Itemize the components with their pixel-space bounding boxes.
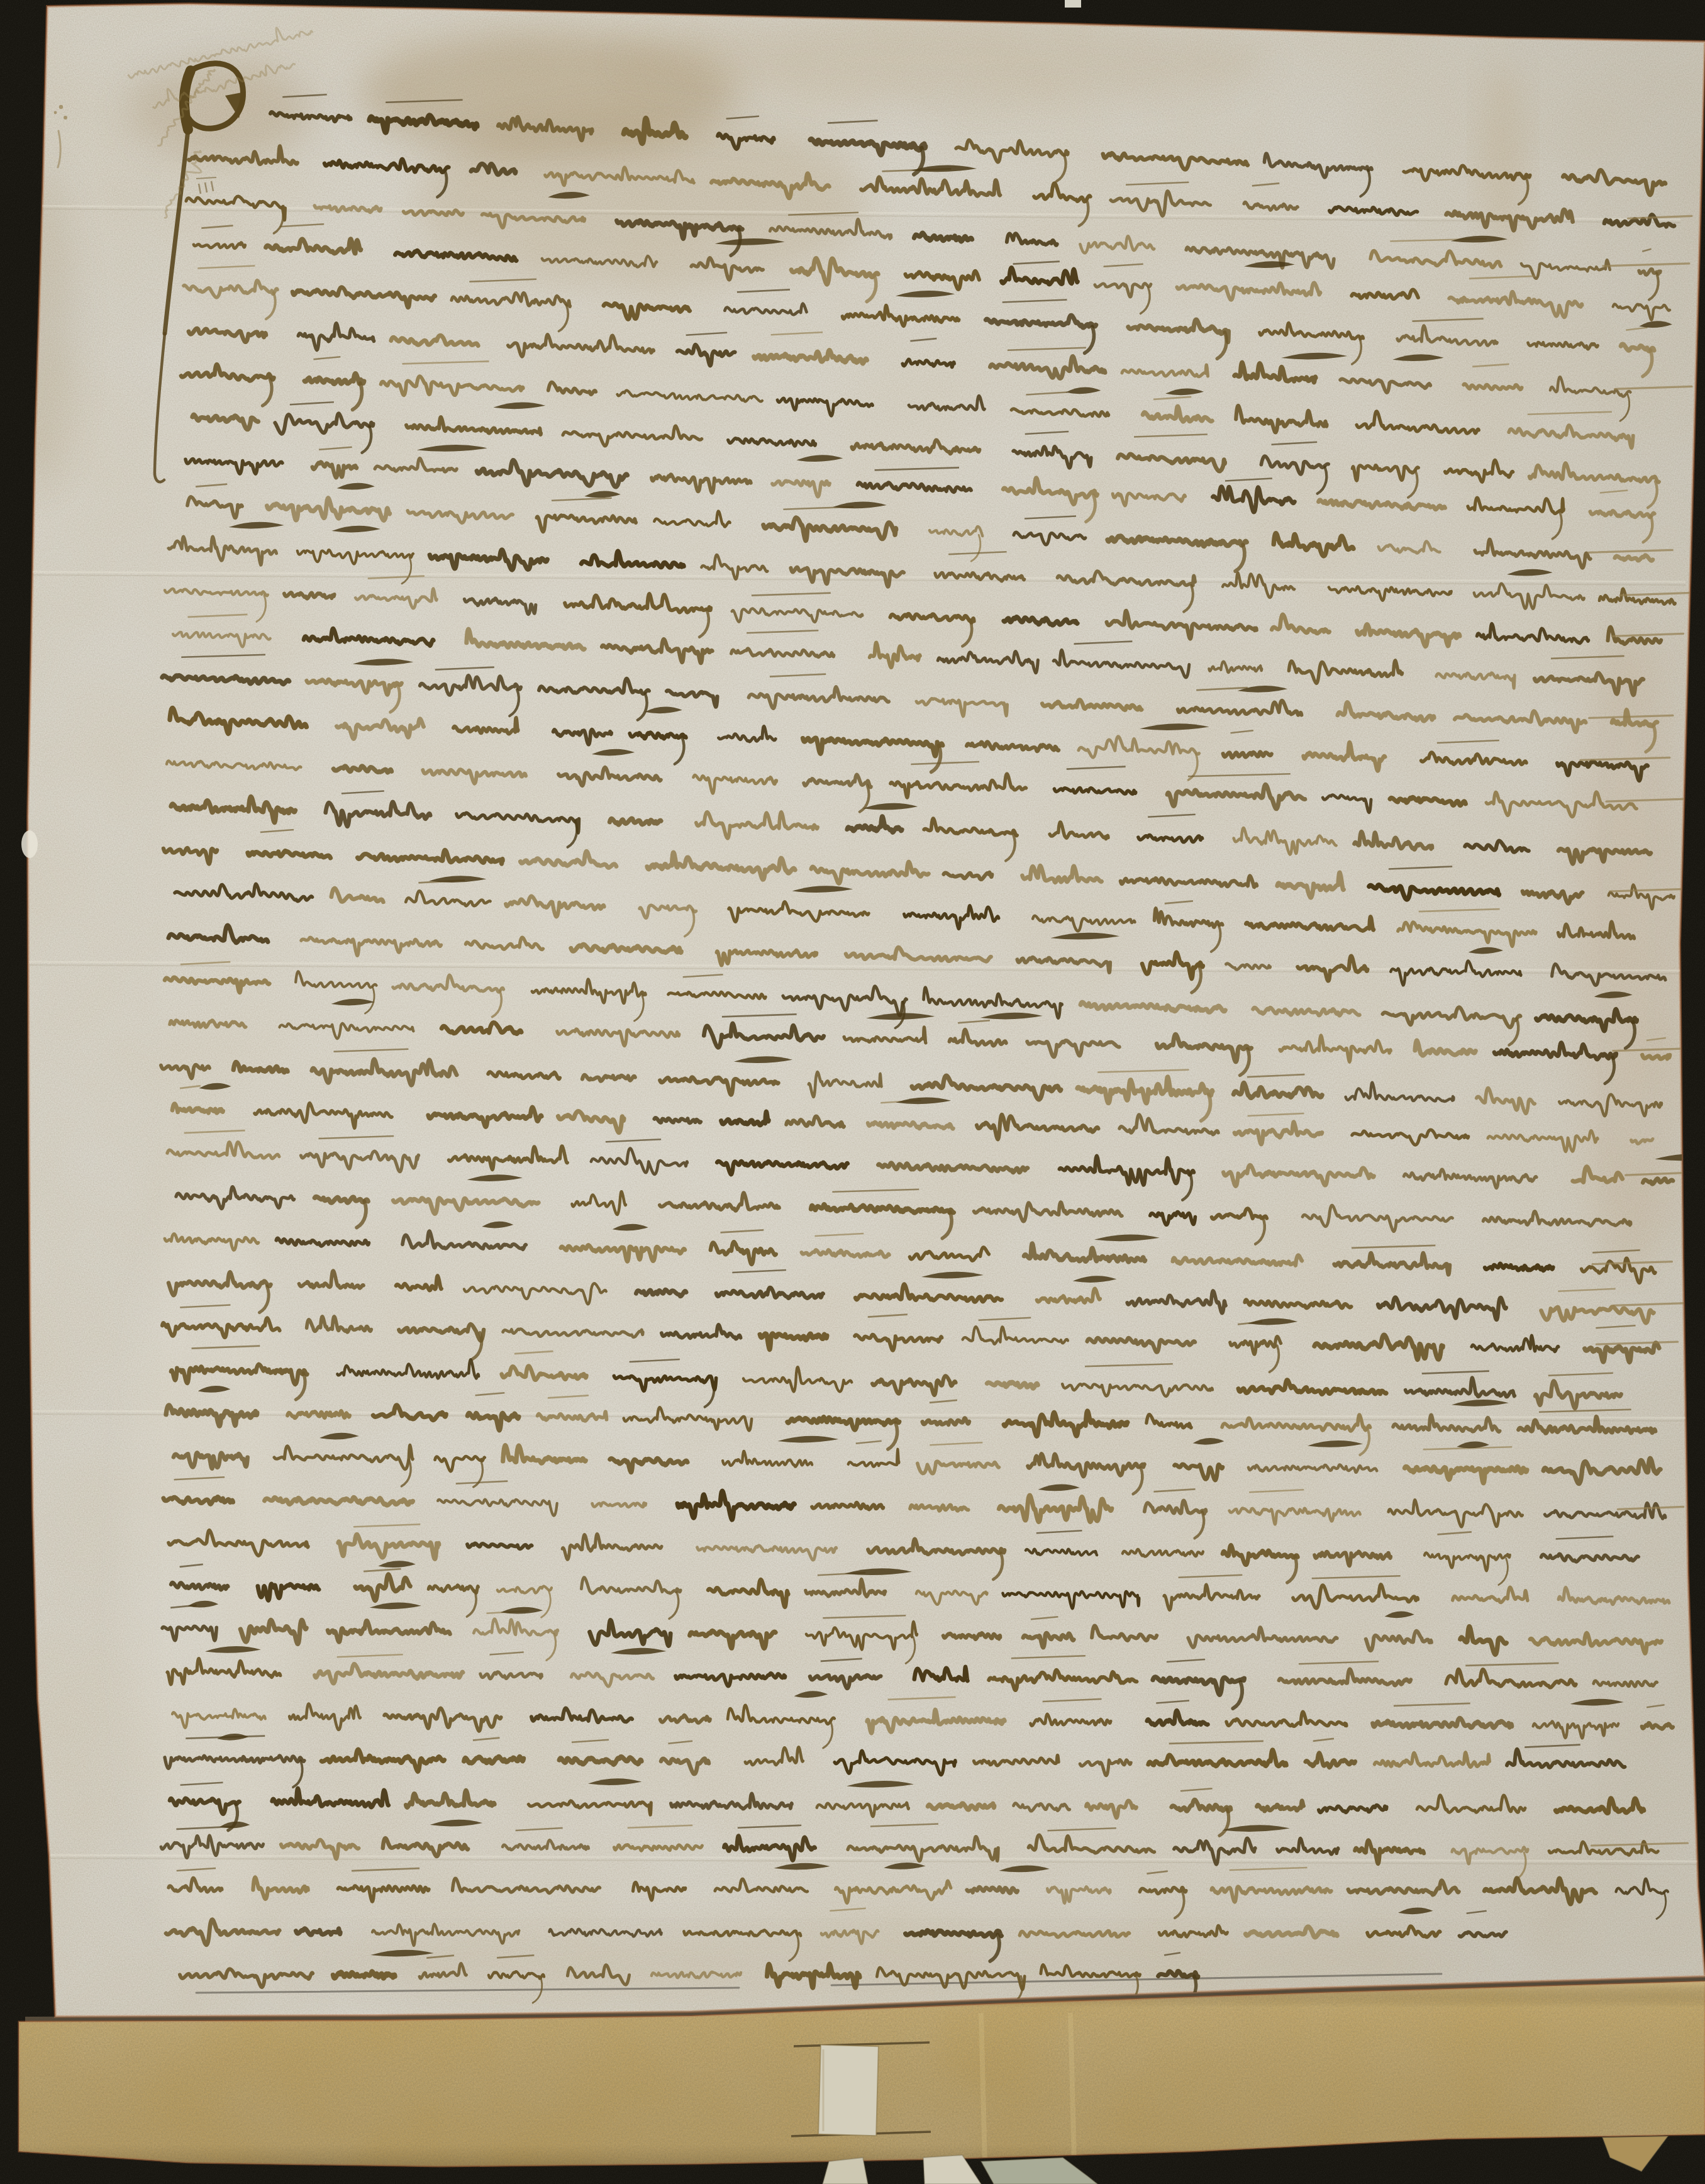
manuscript-scene: Medieval parchment charter photographed …	[0, 0, 1705, 2184]
manuscript-photo: Medieval parchment charter photographed …	[0, 0, 1705, 2184]
